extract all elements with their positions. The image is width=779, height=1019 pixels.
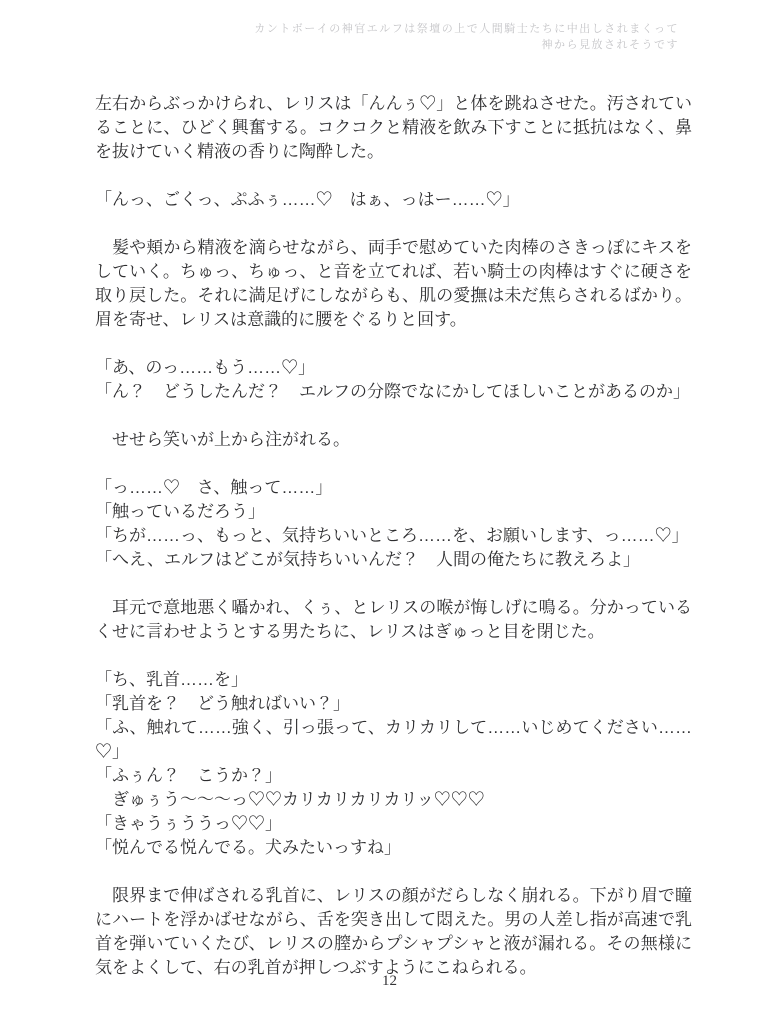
dialogue-line: 「きゃうぅううっ♡♡」: [95, 812, 692, 836]
running-header-title-line1: カントボーイの神官エルフは祭壇の上で人間騎士たちに中出しされまくって: [254, 21, 679, 37]
text-block-narration: 左右からぶっかけられ、レリスは「んんぅ♡」と体を跳ねさせた。汚されていることに、…: [95, 92, 692, 164]
document-page: { "header": { "title_line1": "カントボーイの神官エ…: [0, 0, 779, 1019]
running-header: カントボーイの神官エルフは祭壇の上で人間騎士たちに中出しされまくって 神から見放…: [254, 21, 679, 53]
narration-line: 耳元で意地悪く囁かれ、くぅ、とレリスの喉が悔しげに鳴る。分かっているくせに言わせ…: [95, 596, 692, 644]
dialogue-line: 「ん？ どうしたんだ？ エルフの分際でなにかしてほしいことがあるのか」: [95, 380, 692, 404]
dialogue-line: ぎゅぅう～～～っ♡♡カリカリカリカリッ♡♡♡: [95, 788, 692, 812]
narration-line: 髪や頬から精液を滴らせながら、両手で慰めていた肉棒のさきっぽにキスをしていく。ち…: [95, 236, 692, 332]
text-block-narration: 髪や頬から精液を滴らせながら、両手で慰めていた肉棒のさきっぽにキスをしていく。ち…: [95, 236, 692, 332]
running-header-title-line2: 神から見放されそうです: [254, 37, 679, 53]
dialogue-line: 「ちが……っ、もっと、気持ちいいところ……を、お願いします、っ……♡」: [95, 524, 692, 548]
text-block-dialogue: 「ち、乳首……を」「乳首を？ どう触ればいい？」「ふ、触れて……強く、引っ張って…: [95, 668, 692, 860]
narration-line: 限界まで伸ばされる乳首に、レリスの顔がだらしなく崩れる。下がり眉で瞳にハートを浮…: [95, 884, 692, 980]
dialogue-line: 「あ、のっ……もう……♡」: [95, 356, 692, 380]
text-block-narration: 耳元で意地悪く囁かれ、くぅ、とレリスの喉が悔しげに鳴る。分かっているくせに言わせ…: [95, 596, 692, 644]
text-block-narration: 限界まで伸ばされる乳首に、レリスの顔がだらしなく崩れる。下がり眉で瞳にハートを浮…: [95, 884, 692, 980]
narration-line: せせら笑いが上から注がれる。: [95, 428, 692, 452]
dialogue-line: 「んっ、ごくっ、ぷふぅ……♡ はぁ、っはー……♡」: [95, 188, 692, 212]
dialogue-line: 「触っているだろう」: [95, 500, 692, 524]
dialogue-line: 「っ……♡ さ、触って……」: [95, 476, 692, 500]
page-number: 12: [0, 973, 779, 990]
dialogue-line: 「ふぅん？ こうか？」: [95, 764, 692, 788]
dialogue-line: 「ふ、触れて……強く、引っ張って、カリカリして……いじめてください……♡」: [95, 716, 692, 764]
text-block-dialogue: 「あ、のっ……もう……♡」「ん？ どうしたんだ？ エルフの分際でなにかしてほしい…: [95, 356, 692, 404]
text-block-narration: せせら笑いが上から注がれる。: [95, 428, 692, 452]
text-block-dialogue: 「っ……♡ さ、触って……」「触っているだろう」「ちが……っ、もっと、気持ちいい…: [95, 476, 692, 572]
page-body: 左右からぶっかけられ、レリスは「んんぅ♡」と体を跳ねさせた。汚されていることに、…: [95, 92, 692, 980]
dialogue-line: 「乳首を？ どう触ればいい？」: [95, 692, 692, 716]
dialogue-line: 「悦んでる悦んでる。犬みたいっすね」: [95, 836, 692, 860]
narration-line: 左右からぶっかけられ、レリスは「んんぅ♡」と体を跳ねさせた。汚されていることに、…: [95, 92, 692, 164]
dialogue-line: 「へえ、エルフはどこが気持ちいいんだ？ 人間の俺たちに教えろよ」: [95, 548, 692, 572]
dialogue-line: 「ち、乳首……を」: [95, 668, 692, 692]
text-block-dialogue: 「んっ、ごくっ、ぷふぅ……♡ はぁ、っはー……♡」: [95, 188, 692, 212]
